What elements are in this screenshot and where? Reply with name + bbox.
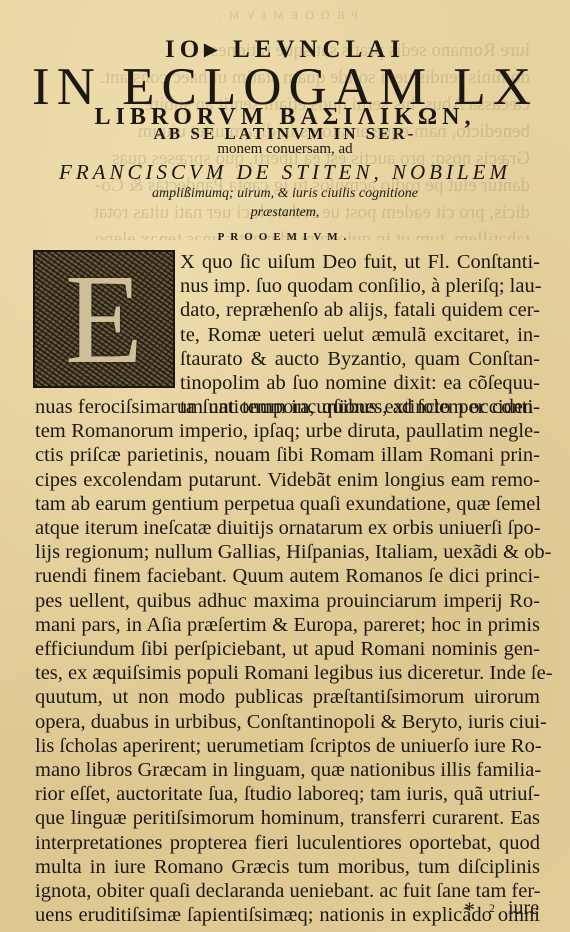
body-line: ruendi finem faciebant. Quum autem Roman… <box>35 564 540 588</box>
body-line: tinopolim ab ſuo nomine dixit: ea cõſequ… <box>35 371 540 395</box>
body-line: opera, duabus in urbibus, Conſtantinopol… <box>35 710 540 734</box>
body-line: ſtaurato & aucto Byzantio, quam Conſtan- <box>35 347 540 371</box>
body-line: tes, ex æquiſsimis populi Romani legibus… <box>35 661 540 685</box>
body-line: cipes excolendam putarunt. Videbãt enim … <box>35 468 540 492</box>
dedication-line-end: præstantem, <box>0 205 570 221</box>
asterisk-icon: * <box>464 897 475 922</box>
dedication-line: amplißimumq; uirum, & iuris ciuilis cogn… <box>0 186 570 202</box>
body-line: atque iterum ineſcatæ diuitijs ornatarum… <box>35 516 540 540</box>
body-line: te, Romæ ueteri uelut æmulã excitaret, i… <box>35 323 540 347</box>
body-line: lis ſcholas aperirent; uerumetiam ſcript… <box>35 734 540 758</box>
body-line: multa in iure Romano Græcis tum moribus,… <box>35 855 540 879</box>
body-line: tem Romanorum imperio, ipſaq; urbe dirut… <box>35 419 540 443</box>
page-footer: * 2 iure <box>0 897 570 919</box>
body-line: mani pars, in Aſia præſertim & Europa, p… <box>35 613 540 637</box>
body-line: nuas ferociſsimarum nationum incurſiones… <box>35 395 540 419</box>
body-line: rior eſſet, auctoritate ſua, ſtudio labo… <box>35 782 540 806</box>
body-line: tam ab earum gentium perpetua quaſi exun… <box>35 492 540 516</box>
body-line: efficiundum ſibi perſpiciebant, ut apud … <box>35 637 540 661</box>
dedicatee-name: FRANCISCVM DE STITEN, NOBILEM <box>0 160 570 185</box>
section-heading: PROOEMIVM. <box>0 231 570 243</box>
body-line: nus imp. ſuo quodam conſilio, à pleriſq;… <box>35 274 540 298</box>
book-page: PROOEMIVM. iure Romano sedis pratis sati… <box>0 0 570 932</box>
body-line: interpretationes propterea fieri luculen… <box>35 831 540 855</box>
signature-number: 2 <box>489 901 495 916</box>
signature-mark: * 2 <box>464 897 475 923</box>
body-line: lijs regionum; nullum Gallias, Hiſpanias… <box>35 540 540 564</box>
body-line: quutum, ut non modo publicas præſtantiſs… <box>35 685 540 709</box>
body-line: pes uellent, quibus adhuc maxima prouinc… <box>35 589 540 613</box>
catchword: iure <box>508 897 539 920</box>
body-line: ctis priſcæ parietinis, nouam ſibi Romam… <box>35 443 540 467</box>
body-line: mano libros Græcam in linguam, quæ natio… <box>35 758 540 782</box>
body-full-block: nuas ferociſsimarum nationum incurſiones… <box>35 395 540 927</box>
body-line: dato, repræhenſo ab alijs, fatali quidem… <box>35 298 540 322</box>
body-line: X quo ſic uiſum Deo fuit, ut Fl. Conſtan… <box>35 250 540 274</box>
body-line: que linguæ peritiſsimorum hominum, trans… <box>35 806 540 830</box>
body-indented-block: X quo ſic uiſum Deo fuit, ut Fl. Conſtan… <box>35 250 540 419</box>
title-line-sermonem: monem conuersam, ad <box>0 141 570 158</box>
